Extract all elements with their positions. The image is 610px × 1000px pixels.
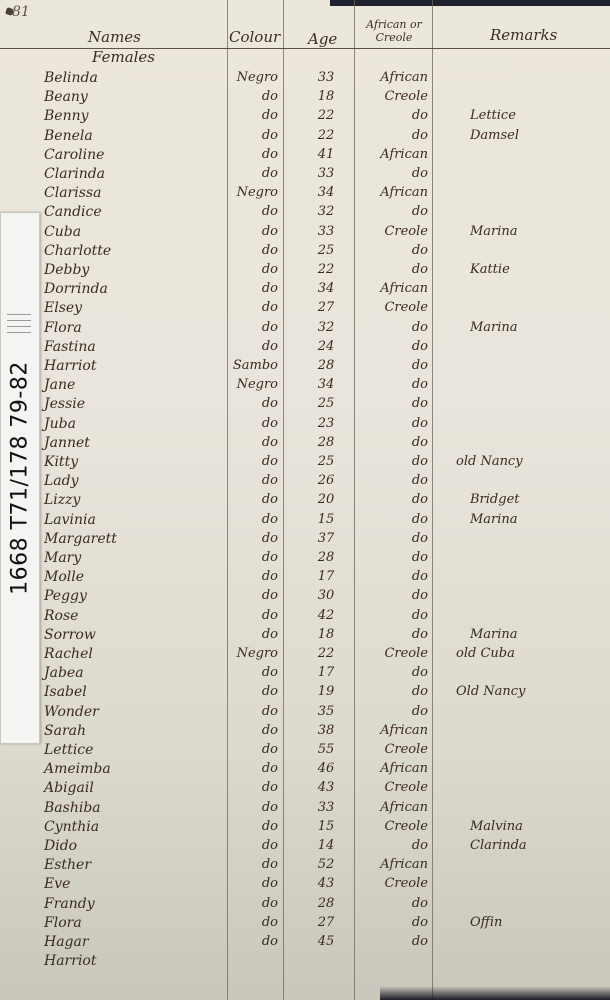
colour-cell: do xyxy=(232,838,278,853)
origin-cell: do xyxy=(356,435,428,450)
table-row: Didodo14doClarinda xyxy=(0,838,610,858)
name-cell: Debby xyxy=(44,262,89,278)
age-cell: 42 xyxy=(300,608,352,623)
age-cell: 35 xyxy=(300,704,352,719)
register-page: 81 Names Colour Age African or Creole Re… xyxy=(0,0,610,1000)
table-row: Dorrindado34African xyxy=(0,281,610,301)
origin-cell: African xyxy=(356,281,428,296)
name-cell: Flora xyxy=(44,915,82,931)
remark-cell: Marina xyxy=(470,512,518,527)
origin-cell: do xyxy=(356,396,428,411)
name-cell: Abigail xyxy=(44,780,94,796)
colour-cell: do xyxy=(232,550,278,565)
table-row: Marydo28do xyxy=(0,550,610,570)
header-names: Names xyxy=(88,28,141,46)
name-cell: Kitty xyxy=(44,454,78,470)
origin-cell: Creole xyxy=(356,646,428,661)
age-cell: 32 xyxy=(300,320,352,335)
colour-cell: do xyxy=(232,204,278,219)
name-cell: Fastina xyxy=(44,339,96,355)
header-colour: Colour xyxy=(229,28,280,46)
origin-cell: Creole xyxy=(356,742,428,757)
age-cell: 25 xyxy=(300,454,352,469)
colour-cell: do xyxy=(232,262,278,277)
table-row: BelindaNegro33African xyxy=(0,70,610,90)
colour-cell: do xyxy=(232,512,278,527)
name-cell: Esther xyxy=(44,857,91,873)
origin-cell: do xyxy=(356,377,428,392)
name-cell: Beany xyxy=(44,89,88,105)
name-cell: Lavinia xyxy=(44,512,96,528)
colour-cell: do xyxy=(232,224,278,239)
age-cell: 22 xyxy=(300,108,352,123)
age-cell: 19 xyxy=(300,684,352,699)
table-row: Jubado23do xyxy=(0,416,610,436)
age-cell: 34 xyxy=(300,377,352,392)
colour-cell: do xyxy=(232,89,278,104)
age-cell: 20 xyxy=(300,492,352,507)
age-cell: 41 xyxy=(300,147,352,162)
name-cell: Flora xyxy=(44,320,82,336)
name-cell: Harriot xyxy=(44,953,96,969)
name-cell: Benny xyxy=(44,108,89,124)
origin-cell: do xyxy=(356,550,428,565)
age-cell: 14 xyxy=(300,838,352,853)
remark-cell: old Cuba xyxy=(456,646,515,661)
origin-cell: do xyxy=(356,531,428,546)
origin-cell: do xyxy=(356,896,428,911)
name-cell: Lizzy xyxy=(44,492,80,508)
name-cell: Jabea xyxy=(44,665,84,681)
age-cell: 28 xyxy=(300,550,352,565)
table-row: Carolinedo41African xyxy=(0,147,610,167)
colour-cell: do xyxy=(232,569,278,584)
colour-cell: do xyxy=(232,742,278,757)
table-row: Peggydo30do xyxy=(0,588,610,608)
remark-cell: Malvina xyxy=(470,819,523,834)
name-cell: Cuba xyxy=(44,224,81,240)
table-row: Ladydo26do xyxy=(0,473,610,493)
table-row: Harriot xyxy=(0,953,610,973)
origin-cell: African xyxy=(356,147,428,162)
colour-cell: Negro xyxy=(232,377,278,392)
origin-cell: African xyxy=(356,800,428,815)
table-row: Rosedo42do xyxy=(0,608,610,628)
colour-cell: Negro xyxy=(232,646,278,661)
table-row: Florado32doMarina xyxy=(0,320,610,340)
remark-cell: Offin xyxy=(470,915,502,930)
remark-cell: Clarinda xyxy=(470,838,527,853)
origin-cell: do xyxy=(356,128,428,143)
colour-cell: do xyxy=(232,531,278,546)
origin-cell: do xyxy=(356,665,428,680)
origin-cell: Creole xyxy=(356,780,428,795)
header-origin: African or Creole xyxy=(358,18,430,44)
age-cell: 34 xyxy=(300,185,352,200)
origin-cell: do xyxy=(356,915,428,930)
origin-cell: African xyxy=(356,723,428,738)
remark-cell: Lettice xyxy=(470,108,516,123)
table-row: Isabeldo19doOld Nancy xyxy=(0,684,610,704)
colour-cell: do xyxy=(232,780,278,795)
origin-cell: do xyxy=(356,569,428,584)
table-row: Sorrowdo18doMarina xyxy=(0,627,610,647)
age-cell: 28 xyxy=(300,435,352,450)
name-cell: Molle xyxy=(44,569,84,585)
table-row: Ameimbado46African xyxy=(0,761,610,781)
age-cell: 33 xyxy=(300,800,352,815)
table-row: Jessiedo25do xyxy=(0,396,610,416)
name-cell: Dido xyxy=(44,838,77,854)
table-row: Cynthiado15CreoleMalvina xyxy=(0,819,610,839)
origin-cell: do xyxy=(356,473,428,488)
origin-cell: African xyxy=(356,857,428,872)
origin-cell: do xyxy=(356,684,428,699)
colour-cell: do xyxy=(232,934,278,949)
age-cell: 26 xyxy=(300,473,352,488)
colour-cell: do xyxy=(232,857,278,872)
table-row: ClarissaNegro34African xyxy=(0,185,610,205)
origin-cell: do xyxy=(356,166,428,181)
table-row: RachelNegro22Creoleold Cuba xyxy=(0,646,610,666)
age-cell: 17 xyxy=(300,665,352,680)
colour-cell: do xyxy=(232,300,278,315)
age-cell: 18 xyxy=(300,89,352,104)
colour-cell: do xyxy=(232,588,278,603)
age-cell: 46 xyxy=(300,761,352,776)
name-cell: Lady xyxy=(44,473,79,489)
name-cell: Jane xyxy=(44,377,75,393)
table-row: Letticedo55Creole xyxy=(0,742,610,762)
colour-cell: do xyxy=(232,166,278,181)
name-cell: Benela xyxy=(44,128,93,144)
colour-cell: do xyxy=(232,243,278,258)
origin-cell: Creole xyxy=(356,89,428,104)
table-row: Elseydo27Creole xyxy=(0,300,610,320)
origin-cell: African xyxy=(356,185,428,200)
colour-cell: do xyxy=(232,896,278,911)
colour-cell: do xyxy=(232,684,278,699)
colour-cell: do xyxy=(232,492,278,507)
header-remarks: Remarks xyxy=(490,26,557,44)
origin-cell: do xyxy=(356,588,428,603)
age-cell: 27 xyxy=(300,300,352,315)
name-cell: Sarah xyxy=(44,723,86,739)
colour-cell: Negro xyxy=(232,185,278,200)
age-cell: 27 xyxy=(300,915,352,930)
table-row: Sarahdo38African xyxy=(0,723,610,743)
age-cell: 28 xyxy=(300,358,352,373)
age-cell: 24 xyxy=(300,339,352,354)
origin-cell: do xyxy=(356,108,428,123)
age-cell: 30 xyxy=(300,588,352,603)
origin-cell: do xyxy=(356,262,428,277)
remark-cell: Kattie xyxy=(470,262,510,277)
table-row: Margarettdo37do xyxy=(0,531,610,551)
age-cell: 25 xyxy=(300,396,352,411)
origin-cell: do xyxy=(356,358,428,373)
table-row: Debbydo22doKattie xyxy=(0,262,610,282)
name-cell: Elsey xyxy=(44,300,82,316)
name-cell: Margarett xyxy=(44,531,117,547)
colour-cell: do xyxy=(232,876,278,891)
page-edge-shadow xyxy=(380,986,610,1000)
table-row: Bennydo22doLettice xyxy=(0,108,610,128)
colour-cell: do xyxy=(232,915,278,930)
table-row: Evedo43Creole xyxy=(0,876,610,896)
age-cell: 25 xyxy=(300,243,352,258)
archive-reference: 1668 T71/178 79-82 xyxy=(8,361,33,595)
name-cell: Wonder xyxy=(44,704,99,720)
origin-cell: Creole xyxy=(356,300,428,315)
origin-cell: do xyxy=(356,454,428,469)
table-row: Estherdo52African xyxy=(0,857,610,877)
colour-cell: do xyxy=(232,800,278,815)
name-cell: Frandy xyxy=(44,896,95,912)
colour-cell: do xyxy=(232,704,278,719)
colour-cell: Sambo xyxy=(232,358,278,373)
remark-cell: Old Nancy xyxy=(456,684,525,699)
colour-cell: do xyxy=(232,761,278,776)
age-cell: 37 xyxy=(300,531,352,546)
name-cell: Cynthia xyxy=(44,819,99,835)
origin-cell: do xyxy=(356,838,428,853)
age-cell: 34 xyxy=(300,281,352,296)
colour-cell: do xyxy=(232,128,278,143)
name-cell: Jessie xyxy=(44,396,85,412)
colour-cell: do xyxy=(232,416,278,431)
age-cell: 45 xyxy=(300,934,352,949)
age-cell: 15 xyxy=(300,819,352,834)
colour-cell: do xyxy=(232,281,278,296)
name-cell: Candice xyxy=(44,204,102,220)
remark-cell: Marina xyxy=(470,320,518,335)
table-row: Laviniado15doMarina xyxy=(0,512,610,532)
colour-cell: do xyxy=(232,665,278,680)
colour-cell: do xyxy=(232,108,278,123)
name-cell: Isabel xyxy=(44,684,87,700)
table-row: Fastinado24do xyxy=(0,339,610,359)
name-cell: Peggy xyxy=(44,588,87,604)
remark-cell: Marina xyxy=(470,627,518,642)
age-cell: 55 xyxy=(300,742,352,757)
table-row: Benelado22doDamsel xyxy=(0,128,610,148)
age-cell: 28 xyxy=(300,896,352,911)
table-row: Lizzydo20doBridget xyxy=(0,492,610,512)
age-cell: 33 xyxy=(300,70,352,85)
name-cell: Clarissa xyxy=(44,185,101,201)
table-row: Cubado33CreoleMarina xyxy=(0,224,610,244)
origin-cell: African xyxy=(356,70,428,85)
age-cell: 23 xyxy=(300,416,352,431)
section-heading: Females xyxy=(92,48,155,66)
origin-cell: do xyxy=(356,339,428,354)
table-row: Jannetdo28do xyxy=(0,435,610,455)
table-row: Hagardo45do xyxy=(0,934,610,954)
table-row: Jabeado17do xyxy=(0,665,610,685)
origin-cell: do xyxy=(356,492,428,507)
remark-cell: Damsel xyxy=(470,128,519,143)
name-cell: Rose xyxy=(44,608,78,624)
origin-cell: African xyxy=(356,761,428,776)
age-cell: 52 xyxy=(300,857,352,872)
colour-cell: Negro xyxy=(232,70,278,85)
archive-label: 1668 T71/178 79-82 xyxy=(0,212,40,744)
table-row: Molledo17do xyxy=(0,569,610,589)
table-row: JaneNegro34do xyxy=(0,377,610,397)
name-cell: Clarinda xyxy=(44,166,105,182)
name-cell: Belinda xyxy=(44,70,98,86)
name-cell: Caroline xyxy=(44,147,104,163)
name-cell: Rachel xyxy=(44,646,93,662)
remark-cell: old Nancy xyxy=(456,454,523,469)
folio-number: 81 xyxy=(12,4,30,20)
colour-cell: do xyxy=(232,435,278,450)
colour-cell: do xyxy=(232,396,278,411)
name-cell: Jannet xyxy=(44,435,90,451)
origin-cell: Creole xyxy=(356,876,428,891)
table-row: Frandydo28do xyxy=(0,896,610,916)
origin-cell: do xyxy=(356,627,428,642)
name-cell: Lettice xyxy=(44,742,93,758)
table-row: Florado27doOffin xyxy=(0,915,610,935)
name-cell: Harriot xyxy=(44,358,96,374)
colour-cell: do xyxy=(232,723,278,738)
table-row: Candicedo32do xyxy=(0,204,610,224)
table-row: Bashibado33African xyxy=(0,800,610,820)
origin-cell: do xyxy=(356,512,428,527)
origin-cell: do xyxy=(356,704,428,719)
name-cell: Juba xyxy=(44,416,76,432)
age-cell: 38 xyxy=(300,723,352,738)
table-row: Charlottedo25do xyxy=(0,243,610,263)
colour-cell: do xyxy=(232,147,278,162)
age-cell: 22 xyxy=(300,646,352,661)
colour-cell: do xyxy=(232,454,278,469)
colour-cell: do xyxy=(232,627,278,642)
page-edge-shadow xyxy=(330,0,610,6)
name-cell: Hagar xyxy=(44,934,89,950)
name-cell: Mary xyxy=(44,550,81,566)
age-cell: 17 xyxy=(300,569,352,584)
name-cell: Bashiba xyxy=(44,800,101,816)
origin-cell: do xyxy=(356,320,428,335)
colour-cell: do xyxy=(232,339,278,354)
colour-cell: do xyxy=(232,608,278,623)
age-cell: 22 xyxy=(300,262,352,277)
colour-cell: do xyxy=(232,819,278,834)
origin-cell: do xyxy=(356,934,428,949)
age-cell: 15 xyxy=(300,512,352,527)
table-row: Clarindado33do xyxy=(0,166,610,186)
table-row: Kittydo25doold Nancy xyxy=(0,454,610,474)
origin-cell: Creole xyxy=(356,819,428,834)
header-age: Age xyxy=(308,30,337,48)
age-cell: 33 xyxy=(300,224,352,239)
table-row: HarriotSambo28do xyxy=(0,358,610,378)
origin-cell: do xyxy=(356,416,428,431)
age-cell: 18 xyxy=(300,627,352,642)
age-cell: 22 xyxy=(300,128,352,143)
table-row: Wonderdo35do xyxy=(0,704,610,724)
origin-cell: do xyxy=(356,243,428,258)
name-cell: Charlotte xyxy=(44,243,111,259)
age-cell: 43 xyxy=(300,780,352,795)
origin-cell: do xyxy=(356,204,428,219)
colour-cell: do xyxy=(232,473,278,488)
table-row: Abigaildo43Creole xyxy=(0,780,610,800)
origin-cell: Creole xyxy=(356,224,428,239)
name-cell: Eve xyxy=(44,876,70,892)
age-cell: 43 xyxy=(300,876,352,891)
origin-cell: do xyxy=(356,608,428,623)
name-cell: Sorrow xyxy=(44,627,96,643)
name-cell: Ameimba xyxy=(44,761,111,777)
age-cell: 32 xyxy=(300,204,352,219)
table-row: Beanydo18Creole xyxy=(0,89,610,109)
age-cell: 33 xyxy=(300,166,352,181)
remark-cell: Bridget xyxy=(470,492,520,507)
remark-cell: Marina xyxy=(470,224,518,239)
colour-cell: do xyxy=(232,320,278,335)
pencil-marks xyxy=(7,308,31,340)
name-cell: Dorrinda xyxy=(44,281,108,297)
